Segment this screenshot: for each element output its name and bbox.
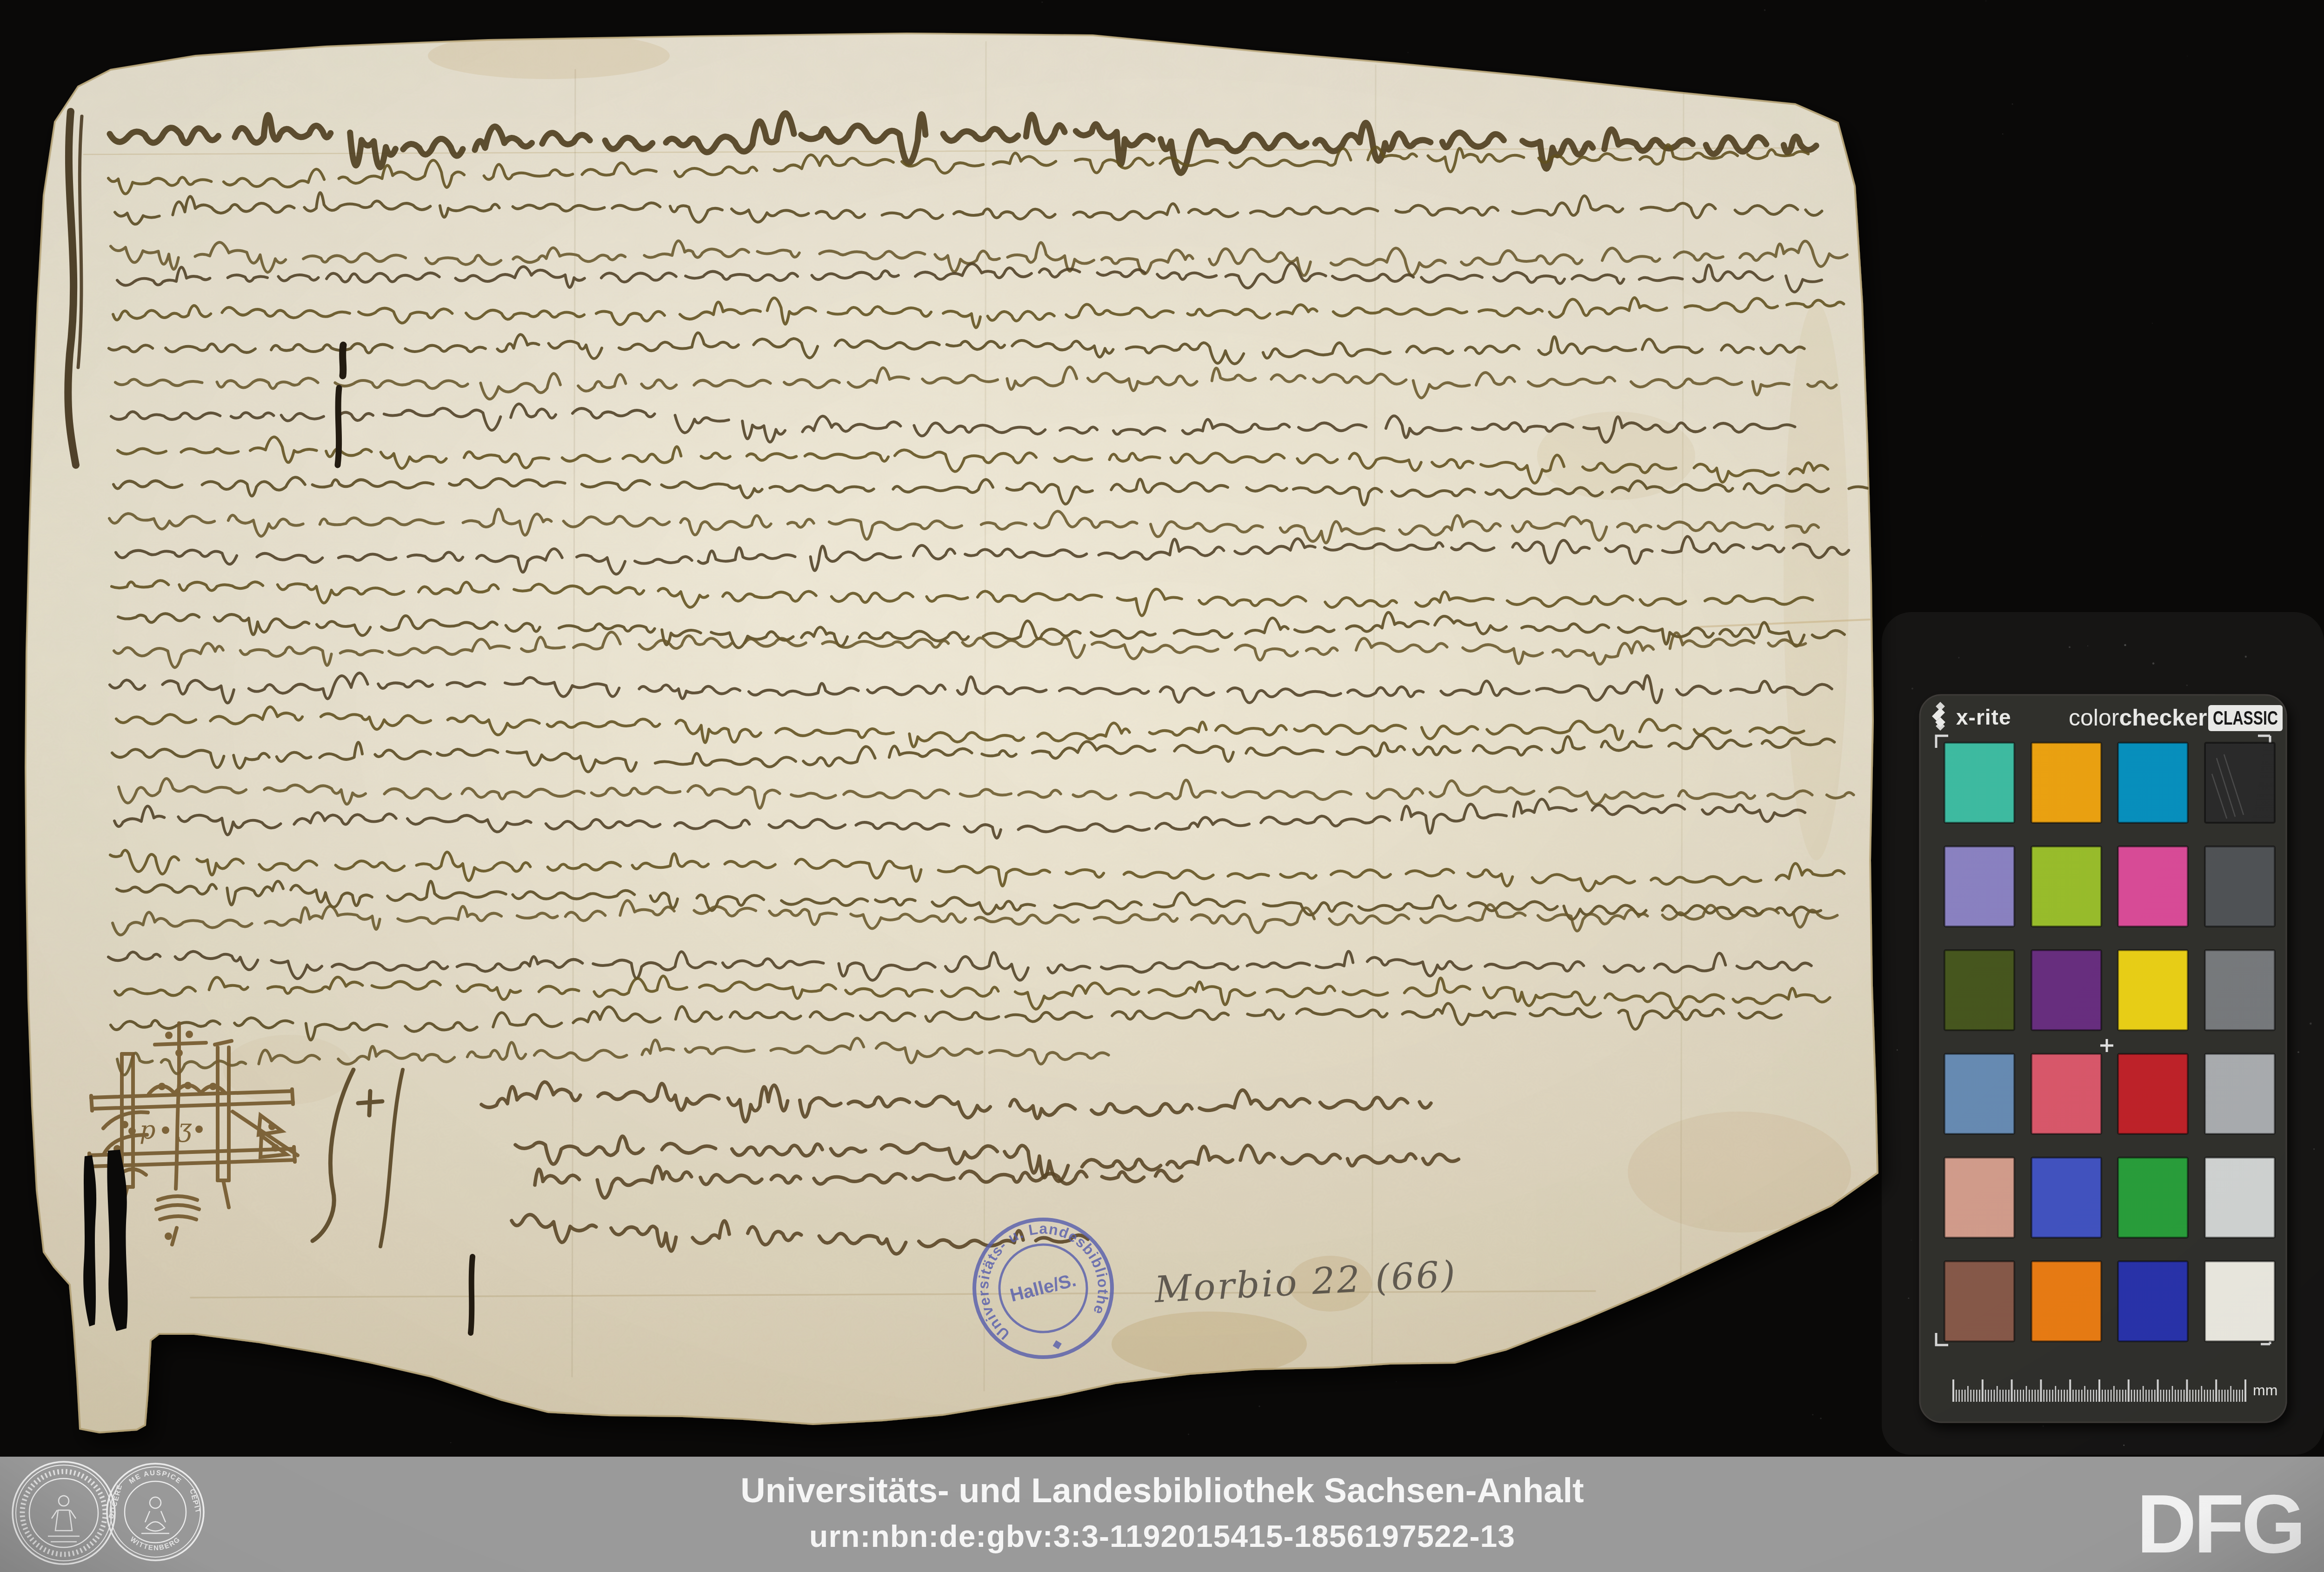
- color-patch: [2118, 1261, 2188, 1341]
- classic-badge: CLASSIC: [2208, 705, 2283, 731]
- color-patch: [1944, 743, 2014, 823]
- color-patch: [2205, 1261, 2275, 1341]
- footer-urn: urn:nbn:de:gbv:3:3-1192015415-1856197522…: [809, 1519, 1515, 1553]
- footer-bar: ME AUSPICE WITTENBERG CEPIT DOCERE Unive…: [0, 1457, 2324, 1572]
- color-patch: [2031, 1054, 2101, 1134]
- color-patch: [2205, 1158, 2275, 1238]
- photo-scene: p ʒ Universitäts- u. Landesbibliothek Ha…: [0, 0, 2324, 1572]
- colorchecker-card: x-rite colorchecker CLASSIC mm: [1920, 695, 2286, 1422]
- color-patch: [2118, 846, 2188, 926]
- signum-letter: ʒ: [177, 1113, 192, 1143]
- color-patch: [2205, 846, 2275, 926]
- ruler-unit-label: mm: [2253, 1382, 2277, 1399]
- color-patch: [2205, 1054, 2275, 1134]
- color-patch: [2118, 950, 2188, 1030]
- color-patch: [1944, 950, 2014, 1030]
- colorchecker-title: colorchecker: [2069, 705, 2207, 731]
- footer-institution: Universitäts- und Landesbibliothek Sachs…: [740, 1471, 1584, 1510]
- color-patch: [2031, 1261, 2101, 1341]
- color-patch: [2205, 950, 2275, 1030]
- color-patch: [2031, 1158, 2101, 1238]
- color-patch: [2031, 846, 2101, 926]
- digitized-scan-page: p ʒ Universitäts- u. Landesbibliothek Ha…: [0, 0, 2324, 1572]
- color-patch: [1944, 1054, 2014, 1134]
- dfg-logo: DFG: [2137, 1478, 2303, 1570]
- color-patch: [1944, 1261, 2014, 1341]
- color-patch: [1944, 846, 2014, 926]
- color-patch: [2031, 743, 2101, 823]
- xrite-brand-label: x-rite: [1956, 705, 2011, 729]
- color-patch: [1944, 1158, 2014, 1238]
- svg-text:CLASSIC: CLASSIC: [2213, 707, 2278, 729]
- color-patch: [2118, 1158, 2188, 1238]
- parchment-surface: p ʒ Universitäts- u. Landesbibliothek Ha…: [0, 0, 1907, 1465]
- color-patch: [2118, 743, 2188, 823]
- color-patch: [2031, 950, 2101, 1030]
- signum-letter: p: [140, 1115, 156, 1145]
- color-patch: [2118, 1054, 2188, 1134]
